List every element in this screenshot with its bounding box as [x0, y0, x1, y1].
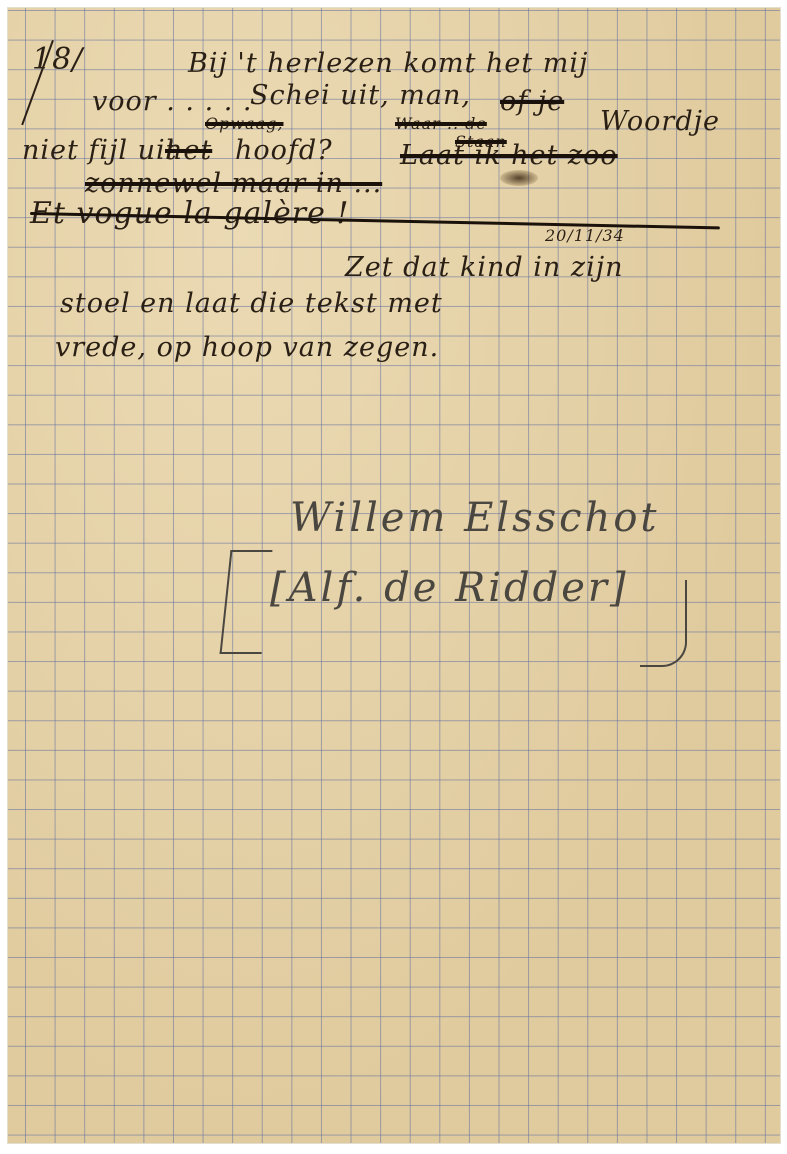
inserted-schei-uit: Schei uit, man,: [250, 80, 471, 111]
line-niet-fijl: niet fijl uit: [22, 135, 178, 166]
signature-real-name: [Alf. de Ridder]: [270, 565, 629, 611]
word-hoofd: hoofd?: [235, 135, 333, 166]
struck-waar-de: Waar .. de: [395, 114, 487, 133]
ink-blot: [500, 170, 538, 186]
date: 20/11/34: [545, 226, 625, 245]
word-woordje: Woordje: [600, 106, 720, 137]
struck-of-je: of je: [500, 86, 564, 117]
closing-line-1: Zet dat kind in zijn: [345, 252, 623, 283]
struck-het: het: [165, 135, 212, 166]
bracket-right: [640, 580, 687, 667]
struck-laat-ik: Laat ik het zoo: [400, 140, 618, 171]
struck-zonnewel: zonnewel maar in ...: [85, 168, 382, 199]
struck-opwaag: Opwaag,: [205, 114, 283, 133]
line-1: Bij 't herlezen komt het mij: [188, 48, 588, 79]
line-2-voor: voor . . . . .: [92, 86, 253, 117]
closing-line-2: stoel en laat die tekst met: [60, 288, 443, 319]
page-number: 18/: [32, 42, 83, 77]
signature-pen-name: Willem Elsschot: [290, 495, 659, 541]
closing-line-3: vrede, op hoop van zegen.: [55, 332, 439, 363]
